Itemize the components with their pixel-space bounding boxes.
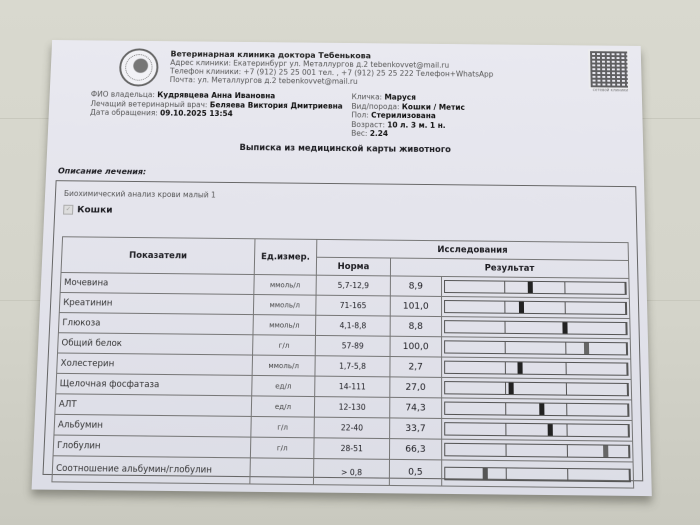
pet-name-label: Кличка: bbox=[352, 92, 383, 101]
indicator-name: АЛТ bbox=[55, 394, 252, 417]
indicator-norm: 1,7-5,8 bbox=[315, 356, 390, 377]
scale-low bbox=[445, 403, 506, 415]
indicator-unit: ммоль/л bbox=[254, 275, 317, 296]
result-scale bbox=[441, 377, 631, 399]
owner-label: ФИО владельца: bbox=[91, 90, 155, 99]
result-scale bbox=[442, 460, 634, 488]
result-scale bbox=[441, 276, 629, 298]
indicator-norm: 14-111 bbox=[315, 376, 390, 397]
indicator-name: Холестерин bbox=[57, 353, 253, 375]
scale-high bbox=[567, 383, 628, 395]
result-scale bbox=[442, 439, 634, 462]
breed-value: Кошки / Метис bbox=[402, 102, 465, 111]
scale-high bbox=[566, 322, 627, 334]
header-norm: Норма bbox=[316, 257, 390, 276]
indicator-norm: > 0,8 bbox=[314, 459, 390, 486]
indicator-unit: ед/л bbox=[251, 396, 315, 417]
scale-high bbox=[567, 404, 628, 416]
result-scale-bar bbox=[444, 466, 631, 482]
result-scale-bar bbox=[444, 280, 627, 295]
header-unit: Ед.измер. bbox=[254, 239, 317, 275]
analysis-name: Биохимический анализ крови малый 1 bbox=[64, 189, 216, 199]
scale-normal bbox=[506, 424, 567, 436]
indicator-result: 33,7 bbox=[389, 418, 441, 439]
result-scale bbox=[441, 357, 631, 379]
indicator-unit: г/л bbox=[251, 416, 315, 437]
result-scale bbox=[441, 337, 630, 359]
scale-normal bbox=[506, 342, 567, 354]
scale-high bbox=[566, 343, 627, 355]
scale-low bbox=[445, 321, 506, 333]
pet-info: Кличка: Маруся Вид/порода: Кошки / Метис… bbox=[351, 92, 465, 139]
scale-high bbox=[565, 282, 625, 294]
scale-high bbox=[567, 363, 628, 375]
result-marker bbox=[527, 282, 532, 293]
result-scale-bar bbox=[444, 361, 629, 376]
scale-high bbox=[567, 424, 628, 436]
indicator-result: 0,5 bbox=[389, 459, 441, 486]
indicator-unit: ммоль/л bbox=[253, 295, 316, 316]
scale-normal bbox=[506, 383, 567, 395]
scale-low bbox=[445, 281, 505, 293]
indicator-norm: 4,1-8,8 bbox=[316, 315, 390, 336]
result-scale bbox=[441, 398, 632, 421]
indicator-norm: 12-130 bbox=[315, 397, 390, 418]
qr-caption: сетевой клиники bbox=[591, 87, 630, 92]
indicator-unit: г/л bbox=[250, 437, 314, 458]
scale-normal bbox=[505, 282, 565, 294]
lab-results-body: Мочевинаммоль/л5,7-12,98,9Креатининммоль… bbox=[52, 272, 634, 488]
scale-normal bbox=[505, 302, 566, 314]
document-title: Выписка из медицинской карты животного bbox=[47, 141, 643, 157]
species-row: ✓Кошки bbox=[63, 205, 113, 216]
result-scale-bar bbox=[444, 402, 629, 417]
indicator-result: 66,3 bbox=[389, 439, 441, 460]
weight-value: 2.24 bbox=[370, 129, 388, 138]
result-marker bbox=[562, 322, 567, 333]
result-marker bbox=[517, 362, 522, 373]
result-scale-bar bbox=[444, 422, 630, 437]
scale-normal bbox=[506, 362, 567, 374]
date-label: Дата обращения: bbox=[90, 108, 158, 117]
result-marker bbox=[603, 446, 608, 457]
indicator-norm: 5,7-12,9 bbox=[316, 275, 390, 296]
treatment-label: Описание лечения: bbox=[58, 167, 146, 177]
result-marker bbox=[540, 404, 545, 415]
sex-value: Стерилизована bbox=[371, 111, 436, 120]
indicator-norm: 22-40 bbox=[314, 417, 389, 438]
indicator-result: 8,8 bbox=[390, 316, 441, 337]
result-scale bbox=[441, 317, 630, 339]
result-scale bbox=[441, 296, 629, 318]
sex-label: Пол: bbox=[351, 111, 368, 120]
result-marker bbox=[483, 468, 488, 480]
scale-high bbox=[568, 445, 630, 457]
indicator-name: Глобулин bbox=[53, 435, 251, 458]
result-scale-bar bbox=[444, 320, 628, 335]
result-scale bbox=[441, 418, 632, 441]
result-marker bbox=[547, 424, 552, 435]
indicator-norm: 71-165 bbox=[316, 295, 390, 316]
indicator-result: 100,0 bbox=[390, 336, 442, 357]
owner-info: ФИО владельца: Кудрявцева Анна Ивановна … bbox=[90, 90, 343, 120]
scale-normal bbox=[506, 403, 567, 415]
age-label: Возраст: bbox=[351, 120, 385, 129]
indicator-unit bbox=[250, 458, 314, 485]
result-scale-bar bbox=[444, 443, 630, 458]
weight-label: Вес: bbox=[351, 129, 367, 138]
scale-normal bbox=[506, 444, 568, 456]
result-marker bbox=[584, 343, 589, 354]
result-marker bbox=[518, 302, 523, 313]
indicator-result: 101,0 bbox=[390, 296, 441, 317]
medical-record-sheet: Ветеринарная клиника доктора Тебенькова … bbox=[32, 40, 652, 496]
indicator-norm: 28-51 bbox=[314, 438, 390, 460]
indicator-name: Общий белок bbox=[58, 333, 253, 355]
indicator-name: Соотношение альбумин/глобулин bbox=[52, 456, 250, 484]
clinic-logo-icon bbox=[119, 48, 159, 86]
treatment-box: Биохимический анализ крови малый 1 ✓Кошк… bbox=[42, 180, 643, 481]
scale-low bbox=[445, 423, 506, 435]
header-indicator: Показатели bbox=[61, 237, 255, 275]
indicator-unit: г/л bbox=[252, 335, 315, 356]
indicator-name: Креатинин bbox=[59, 292, 253, 314]
result-scale-bar bbox=[444, 340, 628, 355]
result-scale-bar bbox=[444, 300, 627, 315]
scale-low bbox=[445, 467, 507, 479]
indicator-result: 2,7 bbox=[390, 356, 442, 377]
species-label: Кошки bbox=[77, 205, 113, 215]
indicator-name: Альбумин bbox=[54, 414, 251, 437]
clinic-header: Ветеринарная клиника доктора Тебенькова … bbox=[170, 50, 494, 87]
indicator-result: 8,9 bbox=[390, 276, 441, 297]
scale-high bbox=[566, 302, 627, 314]
table-row: Соотношение альбумин/глобулин> 0,80,5 bbox=[52, 456, 634, 488]
lab-results-table: Показатели Ед.измер. Исследования Норма … bbox=[51, 236, 634, 488]
indicator-name: Щелочная фосфатаза bbox=[56, 373, 252, 396]
indicator-name: Мочевина bbox=[60, 272, 254, 294]
scale-normal bbox=[507, 468, 569, 480]
indicator-unit: ммоль/л bbox=[253, 315, 316, 336]
qr-code-icon bbox=[588, 49, 630, 89]
indicator-unit: ммоль/л bbox=[252, 355, 315, 376]
pet-name-value: Маруся bbox=[384, 93, 415, 102]
scale-low bbox=[445, 362, 506, 374]
result-marker bbox=[508, 383, 513, 394]
result-scale-bar bbox=[444, 381, 629, 396]
scale-low bbox=[445, 444, 506, 456]
date-value: 09.10.2025 13:54 bbox=[160, 109, 233, 118]
indicator-result: 27,0 bbox=[390, 377, 442, 398]
indicator-name: Глюкоза bbox=[58, 313, 253, 335]
indicator-result: 74,3 bbox=[390, 397, 442, 418]
indicator-norm: 57-89 bbox=[315, 335, 390, 356]
scale-high bbox=[568, 469, 630, 481]
scale-low bbox=[445, 301, 505, 313]
scale-low bbox=[445, 341, 506, 353]
age-value: 10 л. 3 м. 1 н. bbox=[387, 120, 445, 129]
scale-normal bbox=[505, 322, 566, 334]
indicator-unit: ед/л bbox=[251, 375, 315, 396]
scale-low bbox=[445, 382, 506, 394]
checkmark-icon: ✓ bbox=[63, 205, 73, 215]
breed-label: Вид/порода: bbox=[351, 102, 399, 111]
